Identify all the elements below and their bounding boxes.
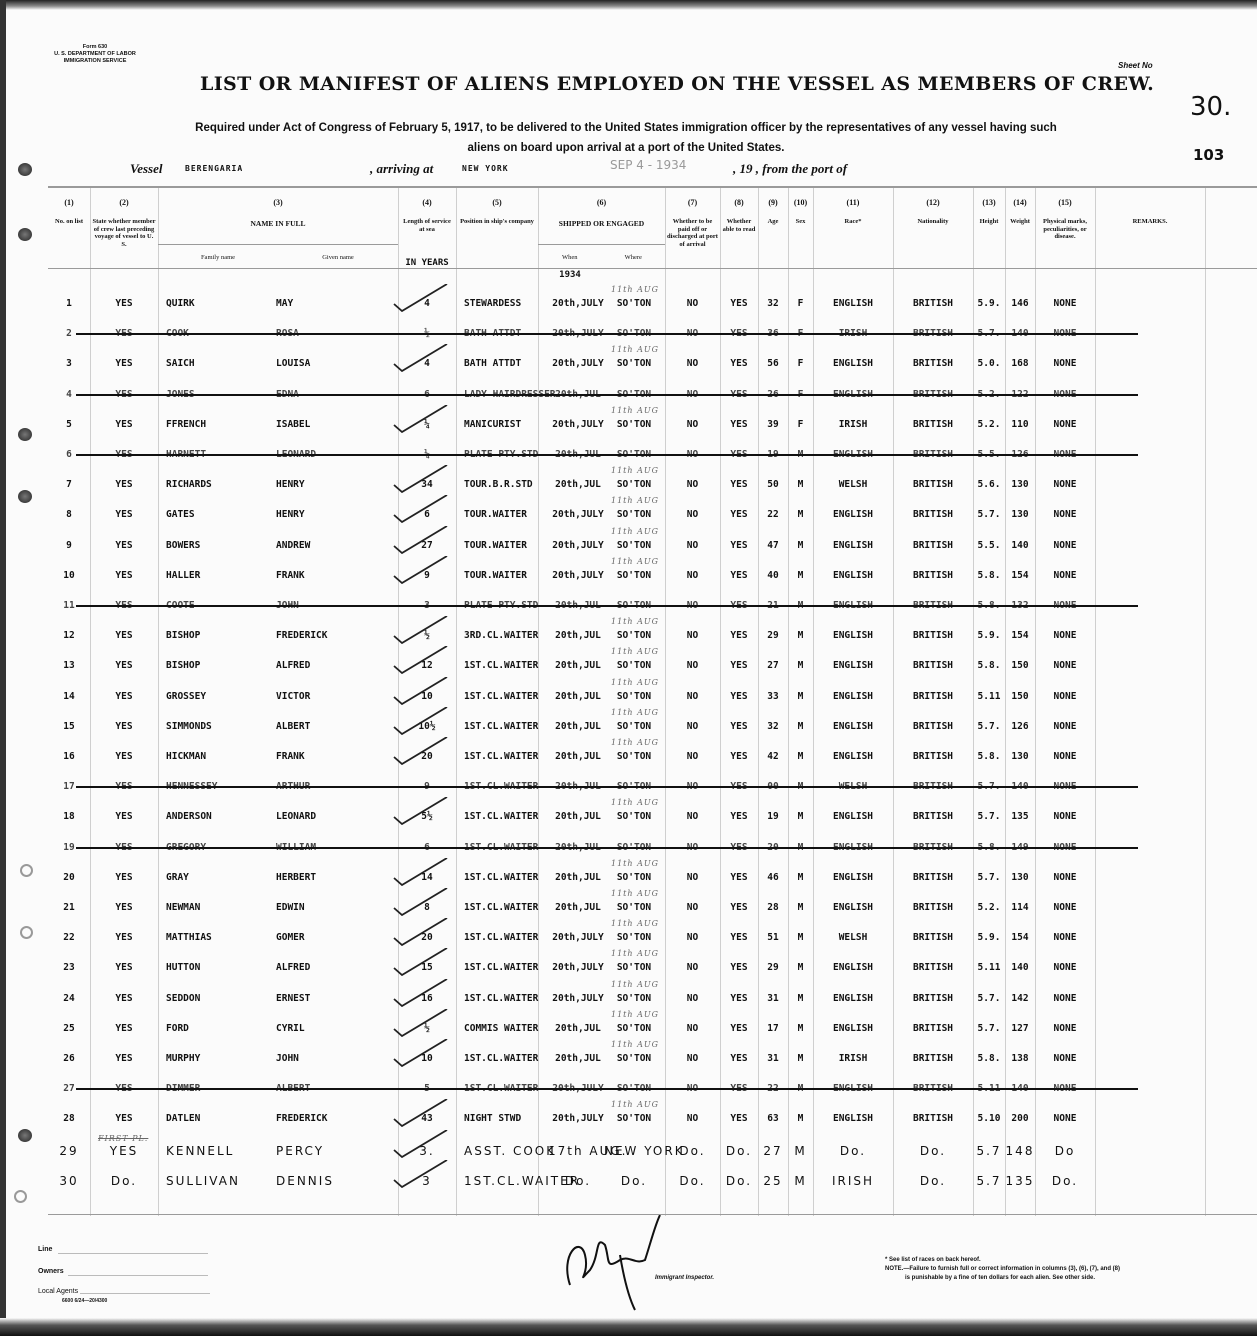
cell-weight: 132 xyxy=(1005,600,1035,611)
cell-shipped-where: SO'TON xyxy=(604,842,664,853)
cell-race: ENGLISH xyxy=(813,540,893,551)
cell-given-name: LOUISA xyxy=(276,358,406,369)
cell-given-name: CYRIL xyxy=(276,1023,406,1034)
cell-physical-marks: NONE xyxy=(1035,1113,1095,1124)
check-mark-icon xyxy=(392,1160,452,1188)
cell-paid-off: Do. xyxy=(665,1174,720,1188)
cell-shipped-when: 20th,JULY xyxy=(548,328,608,339)
cell-family-name: QUIRK xyxy=(166,298,276,309)
cell-prev-voyage: YES xyxy=(90,811,158,822)
column-number: (2) xyxy=(90,198,158,207)
year-label: , 19 , from the port of xyxy=(733,161,847,177)
cell-family-name: HARNETT xyxy=(166,449,276,460)
cell-prev-voyage: YES xyxy=(90,993,158,1004)
check-mark-icon xyxy=(392,677,452,705)
cell-shipped-where: SO'TON xyxy=(604,811,664,822)
cell-paid-off: NO xyxy=(665,872,720,883)
cell-service-years: 6 xyxy=(398,842,456,853)
cell-shipped-where: SO'TON xyxy=(604,932,664,943)
cell-prev-voyage: YES xyxy=(90,751,158,762)
cell-prev-voyage: YES xyxy=(90,1023,158,1034)
cell-paid-off: NO xyxy=(665,419,720,430)
check-mark-icon xyxy=(392,405,452,433)
cell-shipped-when: 20th,JULY xyxy=(548,1113,608,1124)
page-subtitle: Required under Act of Congress of Februa… xyxy=(126,118,1126,158)
handwritten-note: 11th AUG xyxy=(611,980,659,989)
cell-nationality: BRITISH xyxy=(893,449,973,460)
cell-shipped-when: 20th,JUL xyxy=(548,872,608,883)
cell-physical-marks: NONE xyxy=(1035,358,1095,369)
column-header: SHIPPED OR ENGAGED xyxy=(540,220,663,228)
cell-nationality: BRITISH xyxy=(893,479,973,490)
cell-race: IRISH xyxy=(813,1053,893,1064)
cell-family-name: ANDERSON xyxy=(166,811,276,822)
cell-age: 31 xyxy=(758,1053,788,1064)
cell-paid-off: NO xyxy=(665,1083,720,1094)
cell-prev-voyage: YES xyxy=(90,962,158,973)
cell-height: 5.8. xyxy=(973,660,1005,671)
cell-weight: 154 xyxy=(1005,630,1035,641)
cell-nationality: BRITISH xyxy=(893,842,973,853)
cell-age: 19 xyxy=(758,811,788,822)
cell-race: ENGLISH xyxy=(813,449,893,460)
inspector-label: Immigrant Inspector. xyxy=(655,1275,714,1281)
table-row: 16YESHICKMANFRANK201ST.CL.WAITER20th,JUL… xyxy=(48,751,1257,779)
cell-height: 5.9. xyxy=(973,932,1005,943)
cell-shipped-where: SO'TON xyxy=(604,1113,664,1124)
cell-family-name: SIMMONDS xyxy=(166,721,276,732)
cell-age: 42 xyxy=(758,751,788,762)
handwritten-note: 11th AUG xyxy=(611,678,659,687)
cell-given-name: EDWIN xyxy=(276,902,406,913)
cell-shipped-when: 20th,JUL xyxy=(548,660,608,671)
cell-given-name: ALBERT xyxy=(276,1083,406,1094)
punch-hole-icon xyxy=(18,490,32,503)
handwritten-note: 11th AUG xyxy=(611,406,659,415)
cell-shipped-when: 20th,JUL xyxy=(548,781,608,792)
cell-paid-off: NO xyxy=(665,932,720,943)
cell-height: 5.9. xyxy=(973,630,1005,641)
cell-physical-marks: NONE xyxy=(1035,842,1095,853)
cell-age: 21 xyxy=(758,600,788,611)
cell-shipped-when: 20th,JUL xyxy=(548,630,608,641)
cell-family-name: BISHOP xyxy=(166,660,276,671)
cell-sex: M xyxy=(788,479,813,490)
handwritten-note: 11th AUG xyxy=(611,1100,659,1109)
print-code: 6600 6/24—20/4300 xyxy=(62,1298,107,1304)
cell-age: 00 xyxy=(758,781,788,792)
races-note: * See list of races on back hereof. xyxy=(885,1257,981,1263)
cell-given-name: EDNA xyxy=(276,389,406,400)
cell-height: 5.7. xyxy=(973,811,1005,822)
cell-height: 5.8. xyxy=(973,1053,1005,1064)
column-number: (3) xyxy=(158,198,398,207)
punch-hole-icon xyxy=(20,864,33,877)
cell-race: ENGLISH xyxy=(813,1113,893,1124)
column-header: Length of service at sea xyxy=(400,218,454,233)
cell-family-name: MATTHIAS xyxy=(166,932,276,943)
cell-given-name: WILLIAM xyxy=(276,842,406,853)
cell-paid-off: NO xyxy=(665,358,720,369)
handwritten-note: 11th AUG xyxy=(611,949,659,958)
cell-weight: 138 xyxy=(1005,1053,1035,1064)
scan-edge-top xyxy=(0,0,1257,10)
cell-column-no: 22 xyxy=(48,932,90,943)
cell-nationality: BRITISH xyxy=(893,570,973,581)
cell-given-name: ISABEL xyxy=(276,419,406,430)
check-mark-icon xyxy=(392,797,452,825)
cell-nationality: BRITISH xyxy=(893,1053,973,1064)
handwritten-note: 11th AUG xyxy=(611,345,659,354)
handwritten-note: 11th AUG xyxy=(611,647,659,656)
cell-prev-voyage: YES xyxy=(90,1144,158,1158)
cell-weight: 135 xyxy=(1005,1174,1035,1188)
cell-paid-off: Do. xyxy=(665,1144,720,1158)
cell-age: 51 xyxy=(758,932,788,943)
owners-label: Owners xyxy=(38,1268,64,1275)
cell-weight: 130 xyxy=(1005,751,1035,762)
cell-family-name: COOK xyxy=(166,328,276,339)
cell-able-to-read: YES xyxy=(720,872,758,883)
cell-race: ENGLISH xyxy=(813,751,893,762)
column-number: (8) xyxy=(720,198,758,207)
cell-nationality: BRITISH xyxy=(893,509,973,520)
cell-weight: 135 xyxy=(1005,811,1035,822)
cell-given-name: FREDERICK xyxy=(276,630,406,641)
cell-weight: 122 xyxy=(1005,389,1035,400)
cell-prev-voyage: YES xyxy=(90,358,158,369)
cell-physical-marks: NONE xyxy=(1035,540,1095,551)
note-line-2: is punishable by a fine of ten dollars f… xyxy=(905,1275,1225,1281)
cell-shipped-where: SO'TON xyxy=(604,479,664,490)
service: IMMIGRATION SERVICE xyxy=(40,58,150,65)
cell-given-name: PERCY xyxy=(276,1144,406,1158)
cell-race: IRISH xyxy=(813,1174,893,1188)
check-mark-icon xyxy=(392,1130,452,1158)
cell-physical-marks: NONE xyxy=(1035,389,1095,400)
cell-physical-marks: Do. xyxy=(1035,1174,1095,1188)
cell-prev-voyage: YES xyxy=(90,389,158,400)
cell-column-no: 17 xyxy=(48,781,90,792)
cell-family-name: HENNESSEY xyxy=(166,781,276,792)
check-mark-icon xyxy=(392,888,452,916)
cell-column-no: 11 xyxy=(48,600,90,611)
cell-sex: M xyxy=(788,449,813,460)
cell-sex: M xyxy=(788,1174,813,1188)
cell-age: 28 xyxy=(758,902,788,913)
cell-given-name: JOHN xyxy=(276,1053,406,1064)
handwritten-note: 11th AUG xyxy=(611,557,659,566)
cell-nationality: BRITISH xyxy=(893,691,973,702)
cell-race: Do. xyxy=(813,1144,893,1158)
cell-shipped-where: NEW YORK xyxy=(604,1144,664,1158)
cell-column-no: 6 xyxy=(48,449,90,460)
cell-column-no: 26 xyxy=(48,1053,90,1064)
form-number: Form 630 xyxy=(40,44,150,51)
cell-shipped-when: Do. xyxy=(548,1174,608,1188)
cell-able-to-read: YES xyxy=(720,328,758,339)
cell-height: 5.2. xyxy=(973,389,1005,400)
cell-weight: 114 xyxy=(1005,902,1035,913)
table-row: 3YESSAICHLOUISA4BATH ATTDT20th,JULYSO'TO… xyxy=(48,358,1257,386)
header-top-rule xyxy=(48,186,1257,188)
subtitle-line-1: Required under Act of Congress of Februa… xyxy=(126,118,1126,138)
cell-age: 17 xyxy=(758,1023,788,1034)
cell-weight: 154 xyxy=(1005,570,1035,581)
cell-nationality: BRITISH xyxy=(893,811,973,822)
handwritten-note: FIRST PL. xyxy=(98,1134,148,1143)
cell-able-to-read: YES xyxy=(720,751,758,762)
cell-sex: M xyxy=(788,872,813,883)
cell-shipped-when: 20th,JUL xyxy=(548,1023,608,1034)
cell-shipped-where: SO'TON xyxy=(604,630,664,641)
cell-weight: 150 xyxy=(1005,691,1035,702)
cell-column-no: 14 xyxy=(48,691,90,702)
cell-age: 40 xyxy=(758,570,788,581)
cell-shipped-where: SO'TON xyxy=(604,540,664,551)
cell-sex: F xyxy=(788,358,813,369)
cell-shipped-where: SO'TON xyxy=(604,509,664,520)
cell-column-no: 2 xyxy=(48,328,90,339)
cell-given-name: VICTOR xyxy=(276,691,406,702)
cell-shipped-where: SO'TON xyxy=(604,600,664,611)
form-identifier: Form 630 U. S. DEPARTMENT OF LABOR IMMIG… xyxy=(40,44,150,65)
header-bottom-rule xyxy=(48,268,1257,269)
cell-physical-marks: NONE xyxy=(1035,872,1095,883)
cell-column-no: 21 xyxy=(48,902,90,913)
cell-sex: M xyxy=(788,630,813,641)
cell-column-no: 19 xyxy=(48,842,90,853)
cell-physical-marks: NONE xyxy=(1035,630,1095,641)
cell-age: 63 xyxy=(758,1113,788,1124)
cell-age: 36 xyxy=(758,328,788,339)
column-number: (4) xyxy=(398,198,456,207)
cell-family-name: GRAY xyxy=(166,872,276,883)
cell-shipped-where: SO'TON xyxy=(604,660,664,671)
cell-weight: 140 xyxy=(1005,781,1035,792)
cell-able-to-read: YES xyxy=(720,358,758,369)
cell-shipped-where: SO'TON xyxy=(604,449,664,460)
cell-column-no: 3 xyxy=(48,358,90,369)
cell-shipped-when: 20th,JULY xyxy=(548,509,608,520)
cell-weight: 127 xyxy=(1005,1023,1035,1034)
subtitle-line-2: aliens on board upon arrival at a port o… xyxy=(126,138,1126,158)
cell-weight: 126 xyxy=(1005,721,1035,732)
cell-paid-off: NO xyxy=(665,660,720,671)
cell-given-name: JOHN xyxy=(276,600,406,611)
check-mark-icon xyxy=(392,1099,452,1127)
cell-family-name: MURPHY xyxy=(166,1053,276,1064)
cell-nationality: BRITISH xyxy=(893,962,973,973)
table-row: 29YESKENNELLPERCY3.ASST. COOK17th AUG.NE… xyxy=(48,1144,1257,1172)
cell-nationality: BRITISH xyxy=(893,721,973,732)
cell-prev-voyage: YES xyxy=(90,419,158,430)
note-line-1: NOTE.—Failure to furnish full or correct… xyxy=(885,1266,1225,1272)
cell-family-name: KENNELL xyxy=(166,1144,276,1158)
cell-nationality: BRITISH xyxy=(893,932,973,943)
cell-weight: 150 xyxy=(1005,660,1035,671)
column-number: (5) xyxy=(456,198,538,207)
cell-physical-marks: Do xyxy=(1035,1144,1095,1158)
punch-hole-icon xyxy=(18,1129,32,1142)
cell-race: ENGLISH xyxy=(813,358,893,369)
agents-label: Local Agents xyxy=(38,1288,78,1295)
cell-physical-marks: NONE xyxy=(1035,691,1095,702)
cell-column-no: 10 xyxy=(48,570,90,581)
sheet-sub-number: 103 xyxy=(1193,146,1224,164)
cell-shipped-when: 20th,JUL xyxy=(548,691,608,702)
handwritten-note: 11th AUG xyxy=(611,466,659,475)
cell-shipped-when: 20th,JUL xyxy=(548,479,608,490)
cell-race: ENGLISH xyxy=(813,509,893,520)
scan-edge-left xyxy=(0,0,6,1336)
service-unit: IN YEARS xyxy=(398,260,456,268)
cell-able-to-read: YES xyxy=(720,660,758,671)
cell-able-to-read: Do. xyxy=(720,1144,758,1158)
column-header: No. on list xyxy=(50,218,88,226)
cell-shipped-where: SO'TON xyxy=(604,781,664,792)
cell-family-name: RICHARDS xyxy=(166,479,276,490)
cell-physical-marks: NONE xyxy=(1035,902,1095,913)
page-title: LIST OR MANIFEST OF ALIENS EMPLOYED ON T… xyxy=(200,73,1080,95)
cell-family-name: BOWERS xyxy=(166,540,276,551)
column-header: State whether member of crew last preced… xyxy=(92,218,156,248)
cell-race: ENGLISH xyxy=(813,1083,893,1094)
cell-sex: M xyxy=(788,842,813,853)
cell-height: 5.0. xyxy=(973,358,1005,369)
cell-shipped-where: SO'TON xyxy=(604,358,664,369)
line-label: Line xyxy=(38,1246,52,1253)
cell-height: 5.7. xyxy=(973,993,1005,1004)
cell-height: 5.8. xyxy=(973,600,1005,611)
cell-shipped-when: 20th,JUL xyxy=(548,902,608,913)
cell-shipped-where: SO'TON xyxy=(604,389,664,400)
column-number: (10) xyxy=(788,198,813,207)
cell-weight: 140 xyxy=(1005,540,1035,551)
cell-paid-off: NO xyxy=(665,1113,720,1124)
cell-able-to-read: YES xyxy=(720,721,758,732)
cell-sex: M xyxy=(788,691,813,702)
cell-age: 20 xyxy=(758,842,788,853)
cell-sex: F xyxy=(788,298,813,309)
column-number: (6) xyxy=(538,198,665,207)
cell-prev-voyage: YES xyxy=(90,298,158,309)
cell-race: ENGLISH xyxy=(813,872,893,883)
cell-shipped-when: 20th,JULY xyxy=(548,993,608,1004)
cell-physical-marks: NONE xyxy=(1035,298,1095,309)
cell-height: 5.7 xyxy=(973,1144,1005,1158)
cell-paid-off: NO xyxy=(665,691,720,702)
cell-race: ENGLISH xyxy=(813,721,893,732)
cell-physical-marks: NONE xyxy=(1035,721,1095,732)
cell-able-to-read: YES xyxy=(720,600,758,611)
table-row: 30Do.SULLIVANDENNIS31ST.CL.WAITERDo.Do.D… xyxy=(48,1174,1257,1202)
handwritten-note: 11th AUG xyxy=(611,708,659,717)
check-mark-icon xyxy=(392,526,452,554)
column-header: Whether to be paid off or discharged at … xyxy=(667,218,718,248)
cell-shipped-where: SO'TON xyxy=(604,993,664,1004)
cell-age: 32 xyxy=(758,721,788,732)
cell-age: 46 xyxy=(758,872,788,883)
handwritten-note: 11th AUG xyxy=(611,859,659,868)
cell-given-name: LEONARD xyxy=(276,811,406,822)
cell-able-to-read: Do. xyxy=(720,1174,758,1188)
cell-column-no: 1 xyxy=(48,298,90,309)
cell-given-name: FRANK xyxy=(276,751,406,762)
cell-given-name: HENRY xyxy=(276,479,406,490)
cell-weight: 142 xyxy=(1005,993,1035,1004)
handwritten-note: 11th AUG xyxy=(611,798,659,807)
cell-prev-voyage: YES xyxy=(90,509,158,520)
cell-physical-marks: NONE xyxy=(1035,962,1095,973)
cell-able-to-read: YES xyxy=(720,962,758,973)
cell-nationality: BRITISH xyxy=(893,630,973,641)
cell-paid-off: NO xyxy=(665,781,720,792)
cell-given-name: ARTHUR xyxy=(276,781,406,792)
check-mark-icon xyxy=(392,495,452,523)
cell-column-no: 20 xyxy=(48,872,90,883)
cell-prev-voyage: YES xyxy=(90,1053,158,1064)
cell-able-to-read: YES xyxy=(720,781,758,792)
cell-physical-marks: NONE xyxy=(1035,993,1095,1004)
column-number: (12) xyxy=(893,198,973,207)
cell-paid-off: NO xyxy=(665,993,720,1004)
inspector-signature xyxy=(550,1215,700,1315)
column-subheader: Where xyxy=(602,254,666,262)
cell-age: 19 xyxy=(758,449,788,460)
check-mark-icon xyxy=(392,979,452,1007)
cell-shipped-when: 20th,JULY xyxy=(548,358,608,369)
cell-height: 5.6. xyxy=(973,479,1005,490)
cell-race: ENGLISH xyxy=(813,660,893,671)
cell-family-name: FFRENCH xyxy=(166,419,276,430)
cell-sex: M xyxy=(788,751,813,762)
cell-service-years: ¼ xyxy=(398,449,456,460)
cell-physical-marks: NONE xyxy=(1035,1053,1095,1064)
cell-weight: 140 xyxy=(1005,962,1035,973)
cell-age: 26 xyxy=(758,389,788,400)
column-number: (1) xyxy=(48,198,90,207)
cell-prev-voyage: YES xyxy=(90,721,158,732)
cell-able-to-read: YES xyxy=(720,1023,758,1034)
cell-able-to-read: YES xyxy=(720,1053,758,1064)
cell-shipped-where: SO'TON xyxy=(604,419,664,430)
cell-shipped-where: SO'TON xyxy=(604,570,664,581)
cell-shipped-when: 20th,JUL xyxy=(548,721,608,732)
handwritten-note: 11th AUG xyxy=(611,527,659,536)
cell-given-name: ROSA xyxy=(276,328,406,339)
cell-nationality: BRITISH xyxy=(893,540,973,551)
arriving-port: NEW YORK xyxy=(462,164,509,173)
cell-paid-off: NO xyxy=(665,1023,720,1034)
cell-given-name: ALFRED xyxy=(276,660,406,671)
cell-prev-voyage: YES xyxy=(90,660,158,671)
cell-physical-marks: NONE xyxy=(1035,1023,1095,1034)
column-header: REMARKS. xyxy=(1097,218,1203,226)
handwritten-note: 11th AUG xyxy=(611,919,659,928)
cell-column-no: 9 xyxy=(48,540,90,551)
column-header: NAME IN FULL xyxy=(160,220,396,228)
cell-able-to-read: YES xyxy=(720,902,758,913)
cell-prev-voyage: YES xyxy=(90,902,158,913)
cell-column-no: 7 xyxy=(48,479,90,490)
handwritten-note: 11th AUG xyxy=(611,889,659,898)
cell-physical-marks: NONE xyxy=(1035,751,1095,762)
cell-age: 29 xyxy=(758,630,788,641)
cell-height: 5.5. xyxy=(973,449,1005,460)
cell-paid-off: NO xyxy=(665,509,720,520)
cell-age: 22 xyxy=(758,509,788,520)
